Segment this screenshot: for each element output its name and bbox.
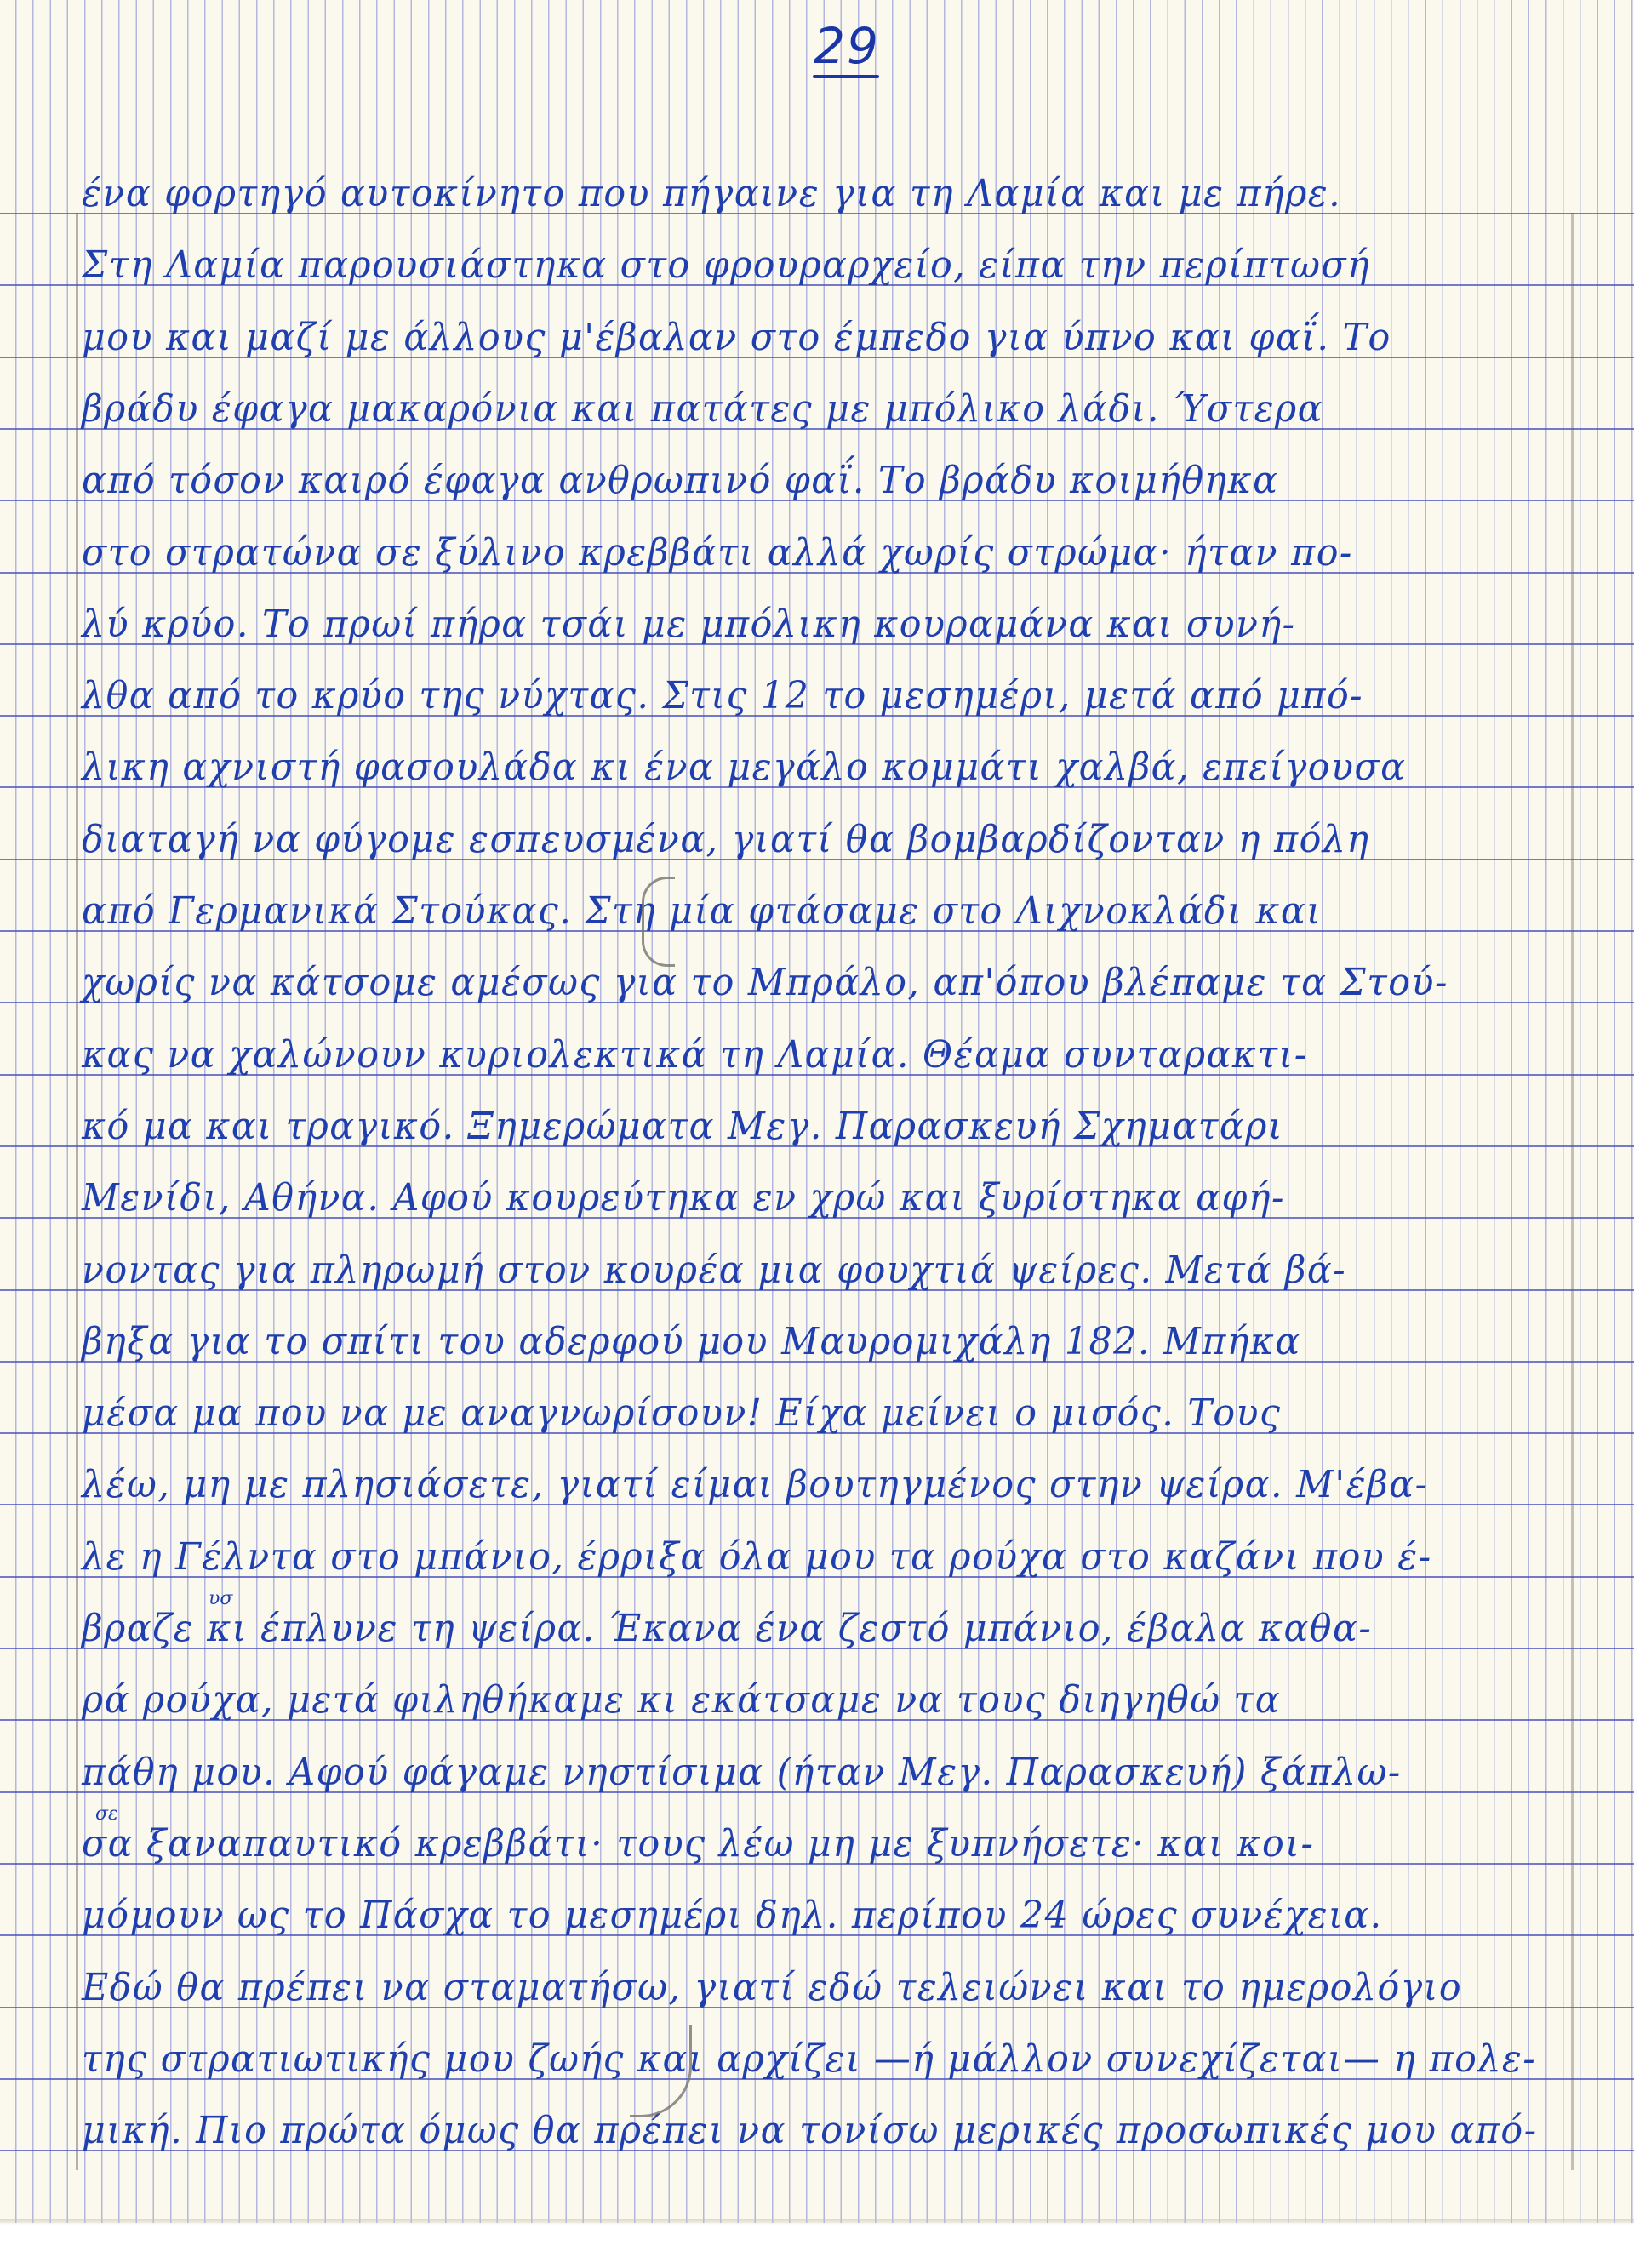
text-line: λε η Γέλντα στο μπάνιο, έρριξα όλα μου τ… bbox=[82, 1532, 1563, 1583]
text-line: ένα φορτηγό αυτοκίνητο που πήγαινε για τ… bbox=[82, 169, 1563, 220]
text-line: νοντας για πληρωμή στον κουρέα μια φουχτ… bbox=[82, 1245, 1563, 1296]
text-line: μόμουν ως το Πάσχα το μεσημέρι δηλ. περί… bbox=[82, 1890, 1563, 1941]
text-line: λύ κρύο. Το πρωί πήρα τσάι με μπόλικη κο… bbox=[82, 599, 1563, 650]
text-line: της στρατιωτικής μου ζωής και αρχίζει —ή… bbox=[82, 2034, 1563, 2085]
pencil-bracket-mark bbox=[642, 877, 675, 967]
text-line: στο στρατώνα σε ξύλινο κρεββάτι αλλά χωρ… bbox=[82, 528, 1563, 579]
superscript-insertion: υσ bbox=[209, 1588, 232, 1609]
text-line: Στη Λαμία παρουσιάστηκα στο φρουραρχείο,… bbox=[82, 240, 1563, 291]
page-number: 29 bbox=[804, 17, 889, 75]
text-line: διαταγή να φύγομε εσπευσμένα, γιατί θα β… bbox=[82, 814, 1563, 865]
text-line: μέσα μα που να με αναγνωρίσουν! Είχα μεί… bbox=[82, 1388, 1563, 1439]
text-line: λθα από το κρύο της νύχτας. Στις 12 το μ… bbox=[82, 671, 1563, 722]
paper-edge bbox=[0, 2219, 1634, 2225]
text-line: από τόσον καιρό έφαγα ανθρωπινό φαΐ. Το … bbox=[82, 455, 1563, 506]
left-margin-line bbox=[76, 213, 78, 2170]
text-line: Μενίδι, Αθήνα. Αφού κουρεύτηκα εν χρώ κα… bbox=[82, 1173, 1563, 1224]
text-line: χωρίς να κάτσομε αμέσως για το Μπράλο, α… bbox=[82, 957, 1563, 1008]
text-line: λέω, μη με πλησιάσετε, γιατί είμαι βουτη… bbox=[82, 1460, 1563, 1511]
text-line: μου και μαζί με άλλους μ'έβαλαν στο έμπε… bbox=[82, 312, 1563, 363]
superscript-insertion: σε bbox=[95, 1803, 118, 1825]
right-margin-line bbox=[1571, 213, 1574, 2170]
text-line: Εδώ θα πρέπει να σταματήσω, γιατί εδώ τε… bbox=[82, 1962, 1563, 2014]
text-line: πάθη μου. Αφού φάγαμε νηστίσιμα (ήταν Με… bbox=[82, 1747, 1563, 1798]
text-line: κό μα και τραγικό. Ξημερώματα Μεγ. Παρασ… bbox=[82, 1101, 1563, 1152]
text-line: βηξα για το σπίτι του αδερφού μου Μαυρομ… bbox=[82, 1317, 1563, 1368]
text-line: ρά ρούχα, μετά φιληθήκαμε κι εκάτσαμε να… bbox=[82, 1675, 1563, 1726]
text-line: από Γερμανικά Στούκας. Στη μία φτάσαμε σ… bbox=[82, 886, 1563, 937]
text-line: μική. Πιο πρώτα όμως θα πρέπει να τονίσω… bbox=[82, 2105, 1563, 2157]
text-line: λικη αχνιστή φασουλάδα κι ένα μεγάλο κομ… bbox=[82, 742, 1563, 793]
notebook-page: 29 ένα φορτηγό αυτοκίνητο που πήγαινε γι… bbox=[0, 0, 1634, 2223]
text-line: βραζε κι έπλυνε τη ψείρα. Έκανα ένα ζεστ… bbox=[82, 1603, 1563, 1654]
page-number-underline bbox=[813, 75, 879, 78]
text-line: βράδυ έφαγα μακαρόνια και πατάτες με μπό… bbox=[82, 384, 1563, 435]
text-line: σα ξαναπαυτικό κρεββάτι· τους λέω μη με … bbox=[82, 1819, 1563, 1870]
pencil-parenthesis-mark bbox=[630, 2025, 692, 2117]
text-line: κας να χαλώνουν κυριολεκτικά τη Λαμία. Θ… bbox=[82, 1030, 1563, 1081]
